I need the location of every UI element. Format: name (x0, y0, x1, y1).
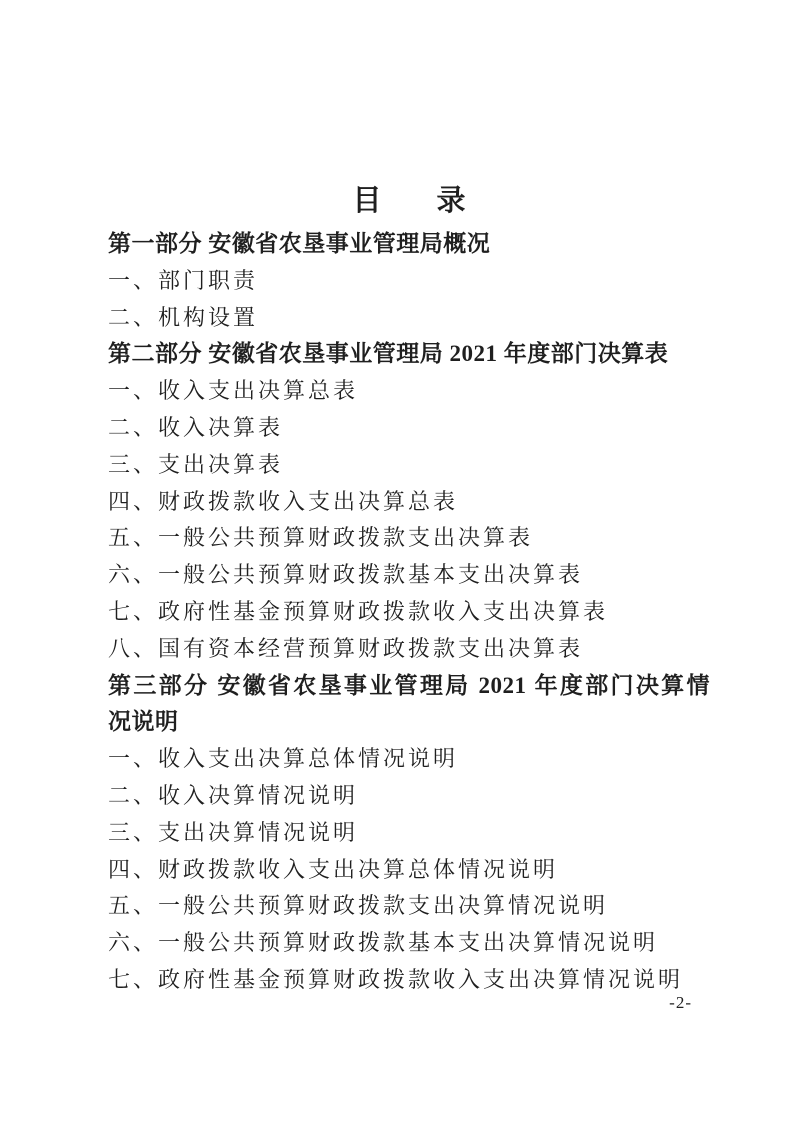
toc-content: 目 录 第一部分 安徽省农垦事业管理局概况 一、部门职责 二、机构设置 第二部分… (108, 181, 710, 999)
toc-item: 三、支出决算情况说明 (108, 815, 710, 852)
toc-item: 六、一般公共预算财政拨款基本支出决算情况说明 (108, 925, 710, 962)
toc-item: 二、收入决算情况说明 (108, 778, 710, 815)
section-3-heading-line-1: 第三部分 安徽省农垦事业管理局 2021 年度部门决算情 (108, 668, 710, 705)
toc-section-1: 第一部分 安徽省农垦事业管理局概况 一、部门职责 二、机构设置 (108, 226, 710, 336)
section-3-heading-line-2: 况说明 (108, 704, 710, 741)
toc-item: 二、机构设置 (108, 300, 710, 337)
page-number: -2- (669, 993, 692, 1013)
toc-item: 七、政府性基金预算财政拨款收入支出决算表 (108, 594, 710, 631)
toc-section-2: 第二部分 安徽省农垦事业管理局 2021 年度部门决算表 一、收入支出决算总表 … (108, 336, 710, 667)
toc-item: 八、国有资本经营预算财政拨款支出决算表 (108, 631, 710, 668)
section-2-heading: 第二部分 安徽省农垦事业管理局 2021 年度部门决算表 (108, 336, 710, 373)
toc-item: 四、财政拨款收入支出决算总表 (108, 484, 710, 521)
toc-item: 六、一般公共预算财政拨款基本支出决算表 (108, 557, 710, 594)
toc-item: 五、一般公共预算财政拨款支出决算表 (108, 520, 710, 557)
toc-item: 一、收入支出决算总体情况说明 (108, 741, 710, 778)
document-page: 目 录 第一部分 安徽省农垦事业管理局概况 一、部门职责 二、机构设置 第二部分… (0, 0, 794, 1123)
toc-title: 目 录 (108, 181, 710, 226)
toc-item: 一、收入支出决算总表 (108, 373, 710, 410)
toc-item: 七、政府性基金预算财政拨款收入支出决算情况说明 (108, 962, 710, 999)
toc-item: 一、部门职责 (108, 263, 710, 300)
toc-item: 二、收入决算表 (108, 410, 710, 447)
toc-section-3: 第三部分 安徽省农垦事业管理局 2021 年度部门决算情 况说明 一、收入支出决… (108, 668, 710, 999)
toc-item: 四、财政拨款收入支出决算总体情况说明 (108, 852, 710, 889)
toc-item: 五、一般公共预算财政拨款支出决算情况说明 (108, 888, 710, 925)
section-1-heading: 第一部分 安徽省农垦事业管理局概况 (108, 226, 710, 263)
toc-item: 三、支出决算表 (108, 447, 710, 484)
